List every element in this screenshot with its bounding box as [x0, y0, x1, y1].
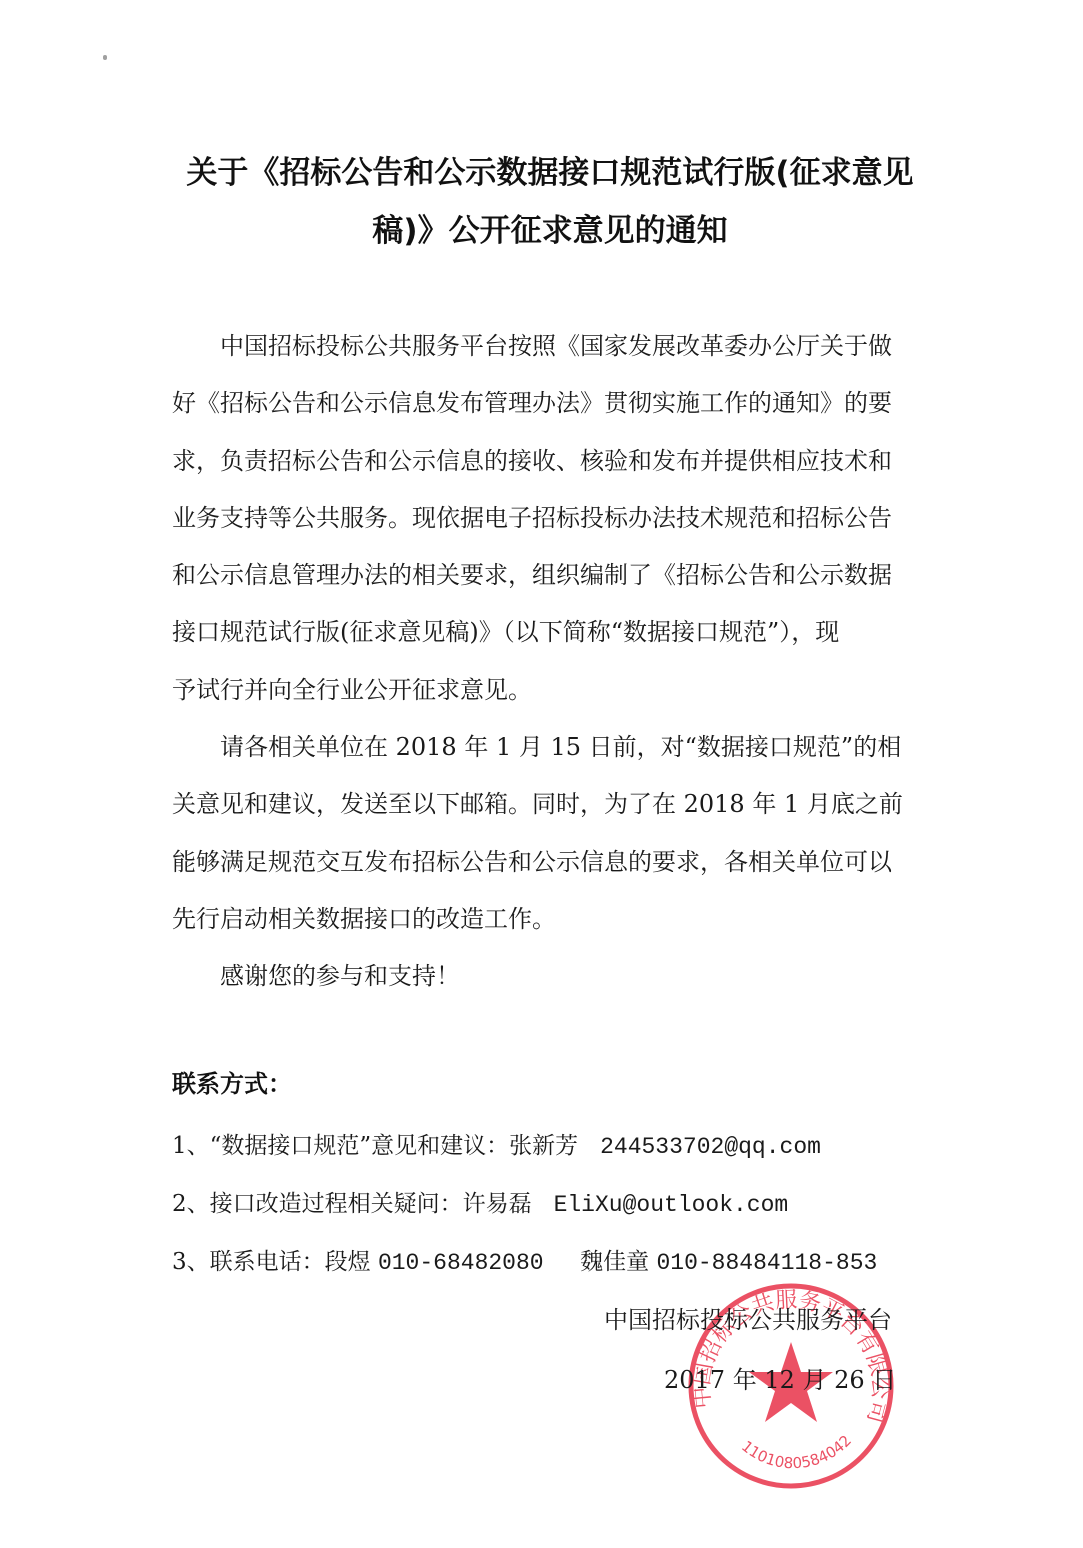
text-line: 予试行并向全行业公开征求意见。: [124, 662, 932, 719]
paragraph-thanks: 感谢您的参与和支持！: [172, 948, 932, 1005]
text-line: 感谢您的参与和支持！: [124, 948, 932, 1005]
text-line: 中国招标投标公共服务平台按照《国家发展改革委办公厅关于做: [124, 318, 932, 375]
document-title: 关于《招标公告和公示数据接口规范试行版(征求意见 稿)》公开征求意见的通知: [160, 144, 940, 260]
text-line: 先行启动相关数据接口的改造工作。: [124, 891, 932, 948]
seal-number: 1101080584042: [738, 1431, 855, 1472]
paragraph-request: 请各相关单位在 2018 年 1 月 15 日前，对“数据接口规范”的相 关意见…: [172, 719, 932, 948]
contact-phone: 010-88484118-853: [656, 1250, 877, 1276]
contact-list: 1、“数据接口规范”意见和建议：张新芳 244533702@qq.com 2、接…: [172, 1118, 877, 1292]
contact-label: 3、联系电话：段煜: [172, 1249, 371, 1275]
contact-label: 2、接口改造过程相关疑问：许易磊: [172, 1191, 532, 1217]
contact-heading: 联系方式：: [172, 1064, 292, 1099]
text-line: 和公示信息管理办法的相关要求，组织编制了《招标公告和公示数据: [124, 547, 932, 604]
contact-item: 1、“数据接口规范”意见和建议：张新芳 244533702@qq.com: [172, 1118, 877, 1176]
document-body: 中国招标投标公共服务平台按照《国家发展改革委办公厅关于做 好《招标公告和公示信息…: [172, 318, 932, 1006]
document-page: 关于《招标公告和公示数据接口规范试行版(征求意见 稿)》公开征求意见的通知 中国…: [0, 0, 1083, 1548]
contact-phone: 010-68482080: [378, 1250, 544, 1276]
text-line: 关意见和建议，发送至以下邮箱。同时，为了在 2018 年 1 月底之前: [124, 776, 932, 833]
contact-label: 1、“数据接口规范”意见和建议：张新芳: [172, 1133, 578, 1159]
paragraph-intro: 中国招标投标公共服务平台按照《国家发展改革委办公厅关于做 好《招标公告和公示信息…: [172, 318, 932, 719]
contact-email: 244533702@qq.com: [600, 1134, 821, 1160]
text-line: 请各相关单位在 2018 年 1 月 15 日前，对“数据接口规范”的相: [124, 719, 932, 776]
contact-item: 2、接口改造过程相关疑问：许易磊 EliXu@outlook.com: [172, 1176, 877, 1234]
svg-text:1101080584042: 1101080584042: [738, 1431, 855, 1472]
text-line: 能够满足规范交互发布招标公告和公示信息的要求，各相关单位可以: [124, 834, 932, 891]
signature-organization: 中国招标投标公共服务平台: [604, 1300, 892, 1335]
signature-date: 2017 年 12 月 26 日: [664, 1360, 896, 1395]
scan-speck: [103, 55, 107, 60]
contact-label: 魏佳童: [580, 1249, 649, 1275]
text-line: 业务支持等公共服务。现依据电子招标投标办法技术规范和招标公告: [124, 490, 932, 547]
contact-email: EliXu@outlook.com: [554, 1192, 789, 1218]
title-line: 关于《招标公告和公示数据接口规范试行版(征求意见: [160, 144, 940, 202]
text-line: 接口规范试行版(征求意见稿)》（以下简称“数据接口规范”），现: [124, 604, 932, 661]
text-line: 好《招标公告和公示信息发布管理办法》贯彻实施工作的通知》的要: [124, 375, 932, 432]
title-line: 稿)》公开征求意见的通知: [160, 202, 940, 260]
text-line: 求，负责招标公告和公示信息的接收、核验和发布并提供相应技术和: [124, 433, 932, 490]
